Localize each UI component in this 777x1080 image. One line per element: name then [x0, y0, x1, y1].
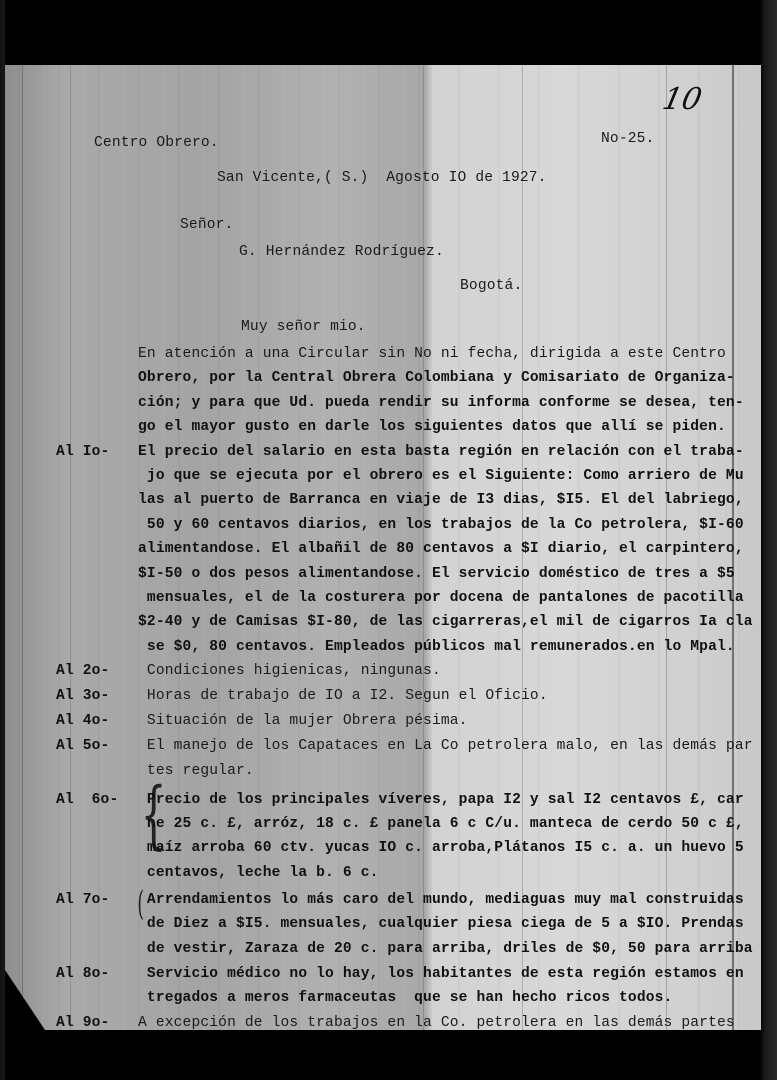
- item-line: Servicio médico no lo hay, los habitante…: [138, 965, 744, 983]
- item-line: $2-40 y de Camisas $I-80, de las cigarre…: [138, 613, 753, 631]
- intro-line: ción; y para que Ud. pueda rendir su inf…: [138, 394, 744, 412]
- item-line: Situación de la mujer Obrera pésima.: [138, 712, 468, 730]
- item-line: centavos, leche la b. 6 c.: [138, 864, 379, 882]
- item-label: Al 9o-: [56, 1014, 109, 1032]
- intro-line: go el mayor gusto en darle los siguiente…: [138, 418, 726, 436]
- folio-number: 10: [659, 82, 705, 117]
- sender-heading: Centro Obrero.: [94, 134, 219, 152]
- item-line: A excepción de los trabajos en la Co. pe…: [138, 1014, 735, 1032]
- item-line: $I-50 o dos pesos alimentandose. El serv…: [138, 565, 735, 583]
- item-line: Arrendamientos lo más caro del mundo, me…: [138, 891, 744, 909]
- place-date: San Vicente,( S.) Agosto IO de 1927.: [217, 169, 547, 187]
- item-line: mensuales, el de la costurera por docena…: [138, 589, 744, 607]
- item-line: tregados a meros farmaceutas que se han …: [138, 989, 672, 1007]
- item-label: Al 8o-: [56, 965, 109, 983]
- item-line: las al puerto de Barranca en viaje de I3…: [138, 491, 744, 509]
- intro-line: Obrero, por la Central Obrera Colombiana…: [138, 369, 735, 387]
- item-line: El manejo de los Capataces en La Co petr…: [138, 737, 753, 755]
- item-label: Al 4o-: [56, 712, 109, 730]
- salutation-title: Señor.: [180, 216, 233, 234]
- item-line: 50 y 60 centavos diarios, en los trabajo…: [138, 516, 744, 534]
- intro-line: En atención a una Circular sin No ni fec…: [138, 345, 726, 363]
- item-label: Al Io-: [56, 443, 109, 461]
- item-line: Condiciones higienicas, ningunas.: [138, 662, 441, 680]
- item-label: Al 2o-: [56, 662, 109, 680]
- item-line: Horas de trabajo de IO a I2. Segun el Of…: [138, 687, 548, 705]
- item-line: alimentandose. El albañil de 80 centavos…: [138, 540, 744, 558]
- item-line: de vestir, Zaraza de 20 c. para arriba, …: [138, 940, 753, 958]
- item-line: de Diez a $I5. mensuales, cualquier pies…: [138, 915, 744, 933]
- recipient-city: Bogotá.: [460, 277, 522, 295]
- scan-streak: [70, 65, 71, 1030]
- item-label: Al 6o-: [56, 791, 118, 809]
- item-label: Al 5o-: [56, 737, 109, 755]
- item-line: tes regular.: [138, 762, 254, 780]
- reference-number: No-25.: [601, 130, 654, 148]
- greeting: Muy señor mio.: [241, 318, 366, 336]
- item-line: El precio del salario en esta basta regi…: [138, 443, 744, 461]
- scan-streak: [22, 65, 23, 1030]
- item-label: Al 3o-: [56, 687, 109, 705]
- item-line: se $0, 80 centavos. Empleados públicos m…: [138, 638, 735, 656]
- item-label: Al 7o-: [56, 891, 109, 909]
- item-line: ne 25 c. £, arróz, 18 c. £ panela 6 c C/…: [138, 815, 744, 833]
- item-line: jo que se ejecuta por el obrero es el Si…: [138, 467, 744, 485]
- recipient-name: G. Hernández Rodríguez.: [239, 243, 444, 261]
- item-line: maíz arroba 60 ctv. yucas IO c. arroba,P…: [138, 839, 744, 857]
- item-line: Precio de los principales víveres, papa …: [138, 791, 744, 809]
